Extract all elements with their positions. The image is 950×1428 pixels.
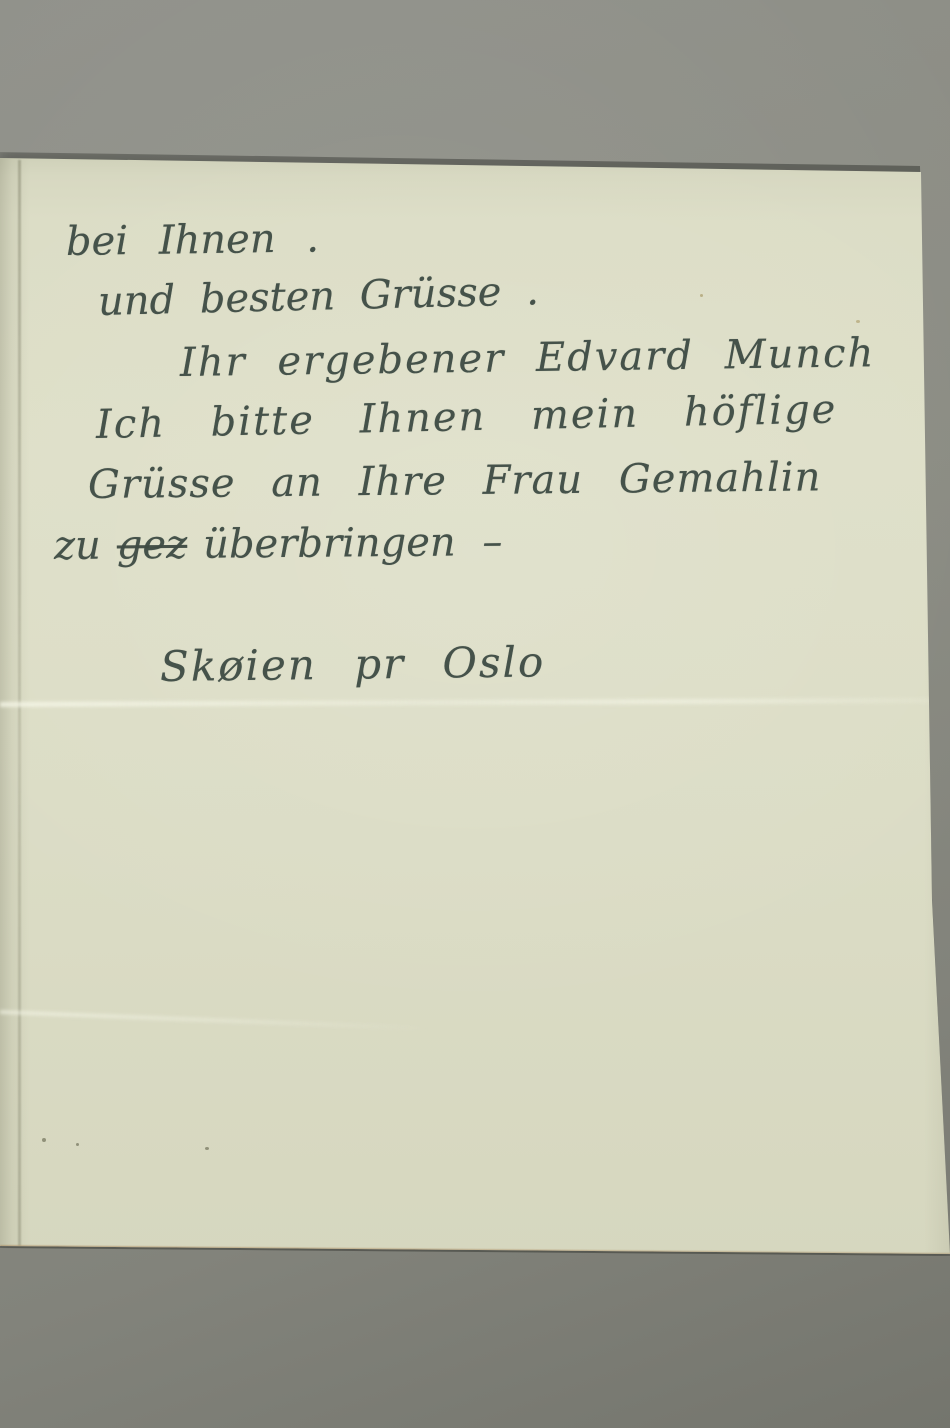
handwriting-word: zu bbox=[54, 523, 101, 569]
handwriting-word: überbringen – bbox=[203, 519, 503, 568]
handwriting-line-6: zugezüberbringen – bbox=[54, 519, 503, 569]
diagonal-fold-crease bbox=[0, 1010, 430, 1031]
strikethrough-word: gez bbox=[117, 522, 188, 569]
handwriting-line-5: Grüsse an Ihre Frau Gemahlin bbox=[88, 454, 822, 508]
horizontal-fold-crease bbox=[0, 698, 950, 707]
handwriting-line-3-signature: Ihr ergebener Edvard Munch bbox=[180, 330, 876, 386]
paper-blemish bbox=[76, 1143, 79, 1146]
paper-blemish bbox=[42, 1138, 46, 1142]
paper-blemish bbox=[856, 320, 860, 323]
letter-page: bei Ihnen . und besten Grüsse . Ihr erge… bbox=[0, 150, 950, 1262]
paper-blemish bbox=[700, 294, 703, 297]
paper-blemish bbox=[205, 1147, 209, 1150]
handwriting-line-4: Ich bitte Ihnen mein höflige bbox=[96, 386, 838, 448]
scanner-background: bei Ihnen . und besten Grüsse . Ihr erge… bbox=[0, 0, 950, 1428]
handwriting-line-2: und besten Grüsse . bbox=[97, 268, 539, 325]
handwriting-line-7-place: Skøien pr Oslo bbox=[160, 637, 546, 691]
handwriting-line-1: bei Ihnen . bbox=[66, 215, 320, 265]
